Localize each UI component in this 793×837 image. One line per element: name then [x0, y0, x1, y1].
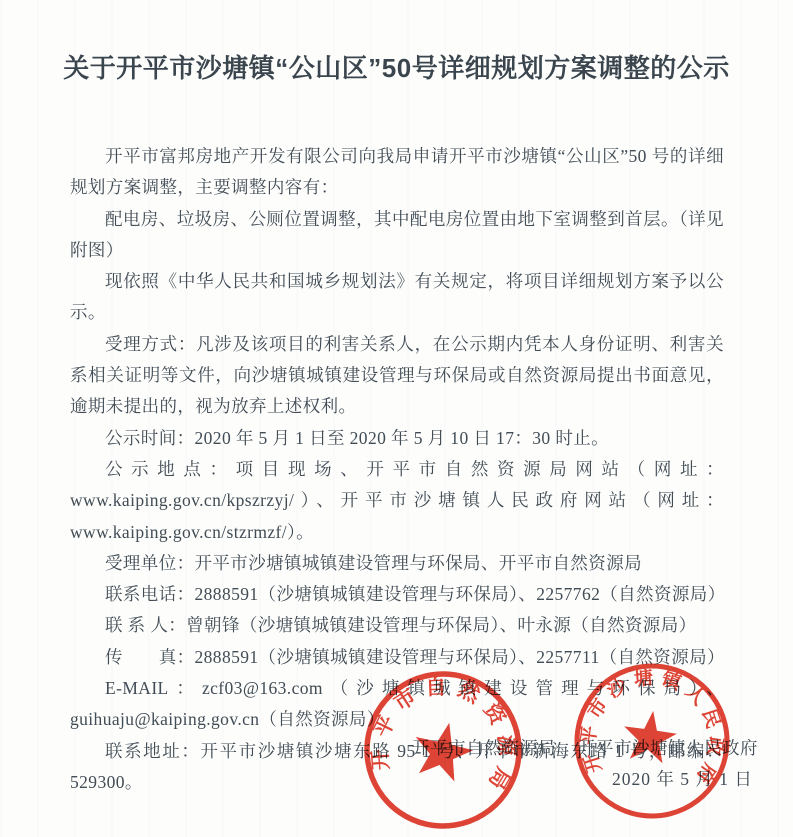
paragraph-fax: 传 真：2888591（沙塘镇城镇建设管理与环保局）、2257711（自然资源局…	[70, 642, 724, 673]
signature-town-government: 开平市沙塘镇人民政府	[578, 735, 758, 760]
paragraph-accepting-units: 受理单位：开平市沙塘镇城镇建设管理与环保局、开平市自然资源局	[70, 548, 724, 579]
paragraph-adjustment: 配电房、垃圾房、公厕位置调整，其中配电房位置由地下室调整到首层。（详见附图）	[70, 204, 724, 267]
paragraph-notice-period: 公示时间：2020 年 5 月 1 日至 2020 年 5 月 10 日 17：…	[70, 423, 724, 454]
paragraph-contact-person: 联 系 人：曾朝锋（沙塘镇城镇建设管理与环保局）、叶永源（自然资源局）	[70, 610, 724, 641]
paragraph-phone: 联系电话：2888591（沙塘镇城镇建设管理与环保局）、2257762（自然资源…	[70, 579, 724, 610]
paragraph-notice-location: 公示地点：项目现场、开平市自然资源局网站（网址：www.kaiping.gov.…	[70, 454, 724, 548]
paragraph-intro: 开平市富邦房地产开发有限公司向我局申请开平市沙塘镇“公山区”50 号的详细规划方…	[70, 141, 724, 204]
notice-body: 开平市富邦房地产开发有限公司向我局申请开平市沙塘镇“公山区”50 号的详细规划方…	[70, 141, 724, 798]
signature-natural-resources-bureau: 开平市自然资源局	[412, 735, 556, 760]
scanned-notice-page: 关于开平市沙塘镇“公山区”50号详细规划方案调整的公示 开平市富邦房地产开发有限…	[0, 0, 793, 837]
paragraph-legal-basis: 现依照《中华人民共和国城乡规划法》有关规定，将项目详细规划方案予以公示。	[70, 266, 724, 329]
paragraph-acceptance-method: 受理方式：凡涉及该项目的利害关系人，在公示期内凭本人身份证明、利害关系相关证明等…	[70, 329, 724, 423]
page-title: 关于开平市沙塘镇“公山区”50号详细规划方案调整的公示	[0, 48, 793, 85]
notice-date: 2020 年 5 月 1 日	[612, 766, 753, 791]
paragraph-email: E-MAIL：zcf03@163.com（沙塘镇城镇建设管理与环保局）、guih…	[70, 673, 724, 736]
signature-row: 开平市自然资源局 开平市沙塘镇人民政府	[412, 735, 758, 760]
